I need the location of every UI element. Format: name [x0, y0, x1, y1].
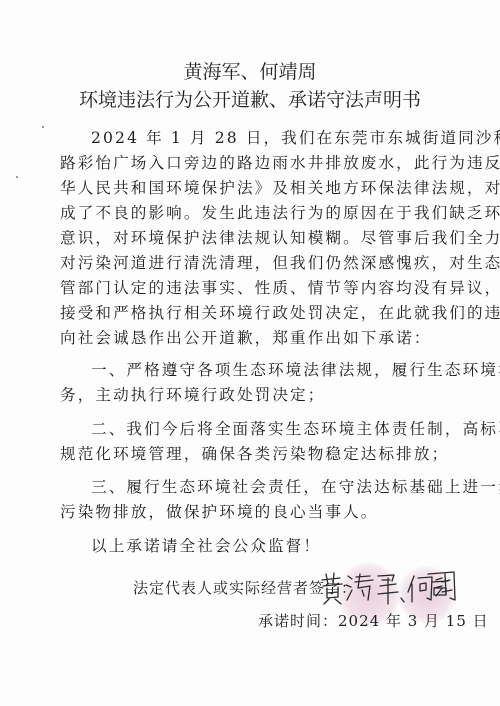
commitment-3-line: 三、履行生态环境社会责任，在守法达标基础上进一步削减 [91, 477, 471, 497]
scan-speck [42, 126, 44, 128]
body-line: 向社会诚恳作出公开道歉，郑重作出如下承诺： [60, 328, 440, 348]
body-line: 接受和严格执行相关环境行政处罚决定，在此就我们的违法行为 [60, 303, 440, 323]
commitment-2-line: 规范化环境管理，确保各类污染物稳定达标排放； [60, 444, 440, 464]
document-page: 黄海军、何靖周 环境违法行为公开道歉、承诺守法声明书 2024 年 1 月 28… [0, 0, 500, 706]
body-line: 2024 年 1 月 28 日，我们在东莞市东城街道同沙科技园东科 [91, 128, 471, 148]
closing-line: 以上承诺请全社会公众监督！ [91, 536, 471, 556]
title-names: 黄海军、何靖周 [0, 57, 500, 84]
title-statement: 环境违法行为公开道歉、承诺守法声明书 [0, 85, 500, 112]
commitment-1-line: 一、严格遵守各项生态环境法律法规，履行生态环境法定义 [91, 360, 471, 380]
body-line: 意识，对环境保护法律法规认知模糊。尽管事后我们全力整改， [60, 228, 440, 248]
body-line: 对污染河道进行清洗清理，但我们仍然深感愧疚，对生态环境主 [60, 253, 440, 273]
commitment-1-line: 务，主动执行环境行政处罚决定； [60, 385, 440, 405]
commitment-date: 承诺时间：2024 年 3 月 15 日 [258, 610, 489, 631]
body-line: 路彩怡广场入口旁边的路边雨水井排放废水，此行为违反了《中 [60, 153, 440, 173]
body-line: 成了不良的影响。发生此违法行为的原因在于我们缺乏环境保护 [60, 203, 440, 223]
scan-speck [16, 176, 18, 178]
body-line: 管部门认定的违法事实、性质、情节等内容均没有异议，并诚恳 [60, 278, 440, 298]
commitment-3-line: 污染物排放，做保护环境的良心当事人。 [60, 502, 440, 522]
commitment-2-line: 二、我们今后将全面落实生态环境主体责任制，高标准实行 [91, 419, 471, 439]
body-line: 华人民共和国环境保护法》及相关地方环保法律法规，对环境造 [60, 178, 440, 198]
handwritten-signature [318, 568, 458, 608]
